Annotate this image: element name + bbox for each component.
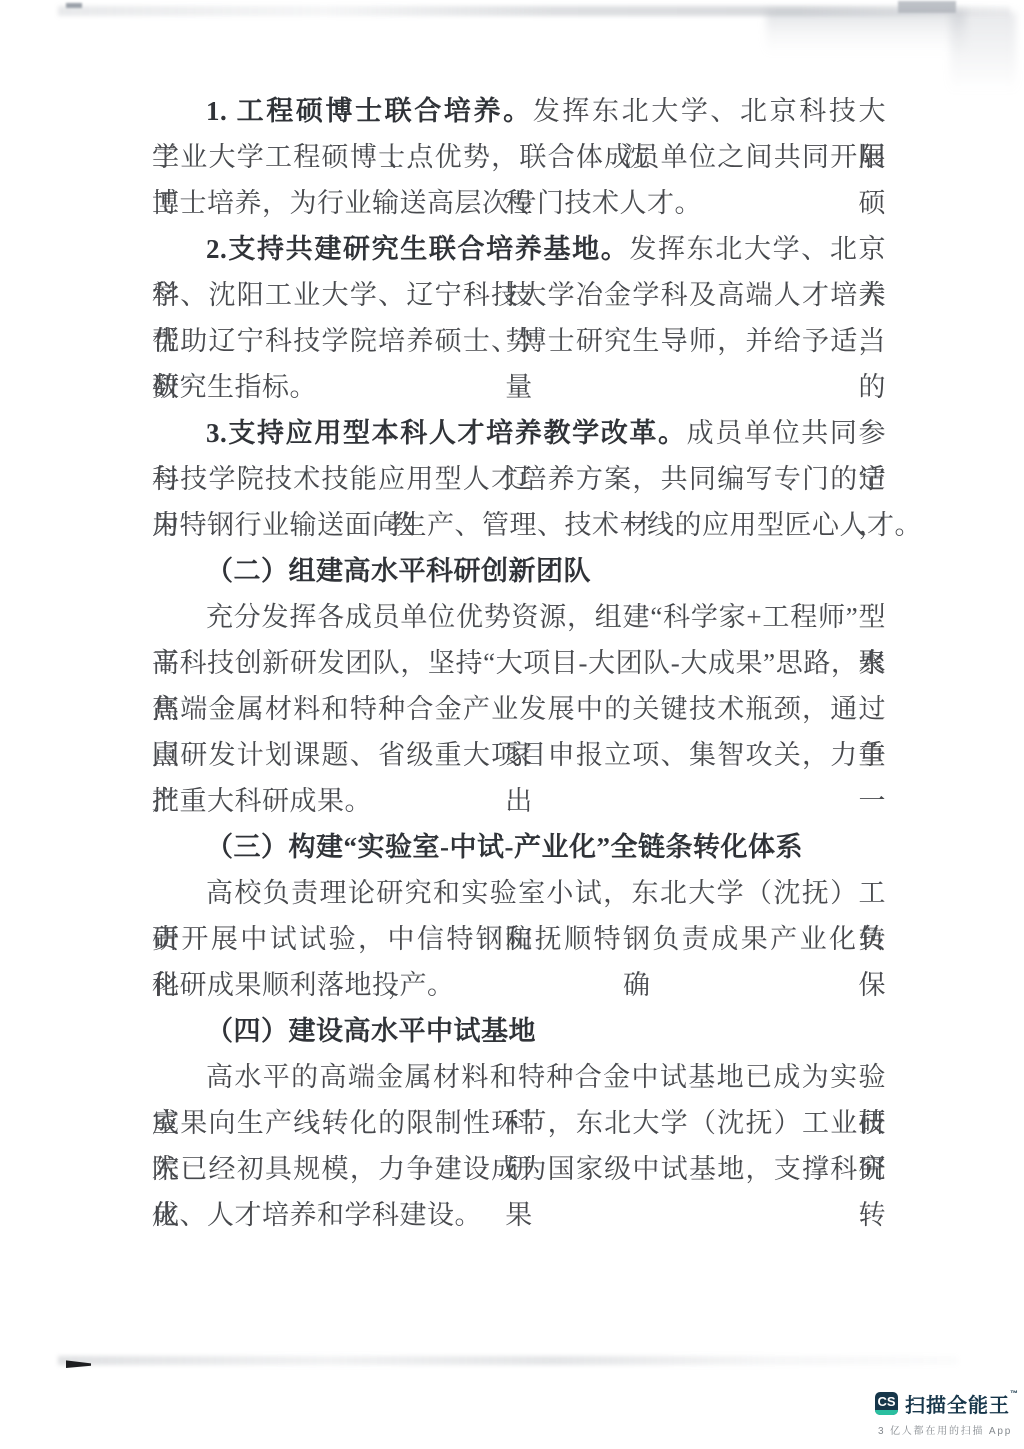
text-line: 高水平的高端金属材料和特种合金中试基地已成为实验室科研	[152, 1054, 886, 1100]
scan-mark-bottomleft	[66, 1360, 91, 1368]
text-line: 责开展中试试验，中信特钢和抚顺特钢负责成果产业化转化，确保	[152, 916, 886, 962]
scan-shadow-topright	[766, 10, 966, 54]
document-body: 1. 工程硕博士联合培养。发挥东北大学、北京科技大学、沈阳 工业大学工程硕博士点…	[152, 88, 886, 1238]
heading-text: （四）建设高水平中试基地	[206, 1016, 536, 1046]
line-text: 化、人才培养和学科建设。	[152, 1200, 482, 1230]
line-text: 研究生指标。	[152, 372, 317, 402]
camscanner-brand-name: 扫描全能王™	[905, 1389, 1019, 1418]
section-heading: （二）组建高水平科研创新团队	[152, 548, 886, 594]
brand-name-text: 扫描全能王	[905, 1395, 1010, 1417]
scan-smudge-dark-topright	[898, 1, 956, 13]
text-line: 1. 工程硕博士联合培养。发挥东北大学、北京科技大学、沈阳	[152, 88, 886, 134]
text-line: 平科技创新研发团队，坚持“大项目-大团队-大成果”思路，聚焦	[152, 640, 886, 686]
scan-smudge-top	[58, 6, 1010, 16]
scan-smudge-bottom	[58, 1356, 958, 1365]
line-text: 科研成果顺利落地投产。	[152, 970, 455, 1000]
section-heading: （四）建设高水平中试基地	[152, 1008, 886, 1054]
bold-lead: 3.支持应用型本科人才培养教学改革。	[206, 418, 687, 448]
line-text: 为特钢行业输送面向生产、管理、技术一线的应用型匠心人才。	[152, 510, 922, 540]
camscanner-icon-letters: CS	[875, 1392, 898, 1411]
text-line: 工业大学工程硕博士点优势，联合体成员单位之间共同开展工程硕	[152, 134, 886, 180]
text-line: 科技学院技术技能应用型人才培养方案，共同编写专门的适用教材，	[152, 456, 886, 502]
text-line: 3.支持应用型本科人才培养教学改革。成员单位共同参与辽宁	[152, 410, 886, 456]
trademark-symbol: ™	[1010, 1389, 1019, 1398]
bold-lead: 1. 工程硕博士联合培养。	[206, 96, 533, 126]
line-text: 批重大科研成果。	[152, 786, 372, 816]
camscanner-logo-icon: CS	[875, 1392, 898, 1415]
text-line: 2.支持共建研究生联合培养基地。发挥东北大学、北京科技大	[152, 226, 886, 272]
bold-lead: 2.支持共建研究生联合培养基地。	[206, 234, 629, 264]
camscanner-watermark: CS 扫描全能王™ 3 亿人都在用的扫描 App	[875, 1389, 1020, 1437]
line-text: 博士培养，为行业输送高层次专门技术人才。	[152, 188, 702, 218]
text-line: 学、沈阳工业大学、辽宁科技大学冶金学科及高端人才培养优势，	[152, 272, 886, 318]
text-line: 院已经初具规模，力争建设成为国家级中试基地，支撑科研成果转	[152, 1146, 886, 1192]
text-line: 为特钢行业输送面向生产、管理、技术一线的应用型匠心人才。	[152, 502, 886, 548]
camscanner-icon-accent-bar	[875, 1410, 898, 1415]
scan-shadow-corner	[950, 12, 1016, 92]
text-line: 帮助辽宁科技学院培养硕士、博士研究生导师，并给予适当数量的	[152, 318, 886, 364]
scan-dash-topleft	[66, 3, 82, 8]
camscanner-brand-row: CS 扫描全能王™	[875, 1389, 1020, 1418]
text-line: 点研发计划课题、省级重大项目申报立项、集智攻关，力争产出一	[152, 732, 886, 778]
text-line: 高校负责理论研究和实验室小试，东北大学（沈抚）工研院负	[152, 870, 886, 916]
section-heading: （三）构建“实验室-中试-产业化”全链条转化体系	[152, 824, 886, 870]
text-line: 高端金属材料和特种合金产业发展中的关键技术瓶颈，通过国家重	[152, 686, 886, 732]
camscanner-tagline: 3 亿人都在用的扫描 App	[878, 1422, 1020, 1437]
heading-text: （二）组建高水平科研创新团队	[206, 556, 591, 586]
text-line: 充分发挥各成员单位优势资源，组建“科学家+工程师”型高水	[152, 594, 886, 640]
heading-text: （三）构建“实验室-中试-产业化”全链条转化体系	[206, 832, 803, 862]
text-line: 成果向生产线转化的限制性环节，东北大学（沈抚）工业技术研究	[152, 1100, 886, 1146]
